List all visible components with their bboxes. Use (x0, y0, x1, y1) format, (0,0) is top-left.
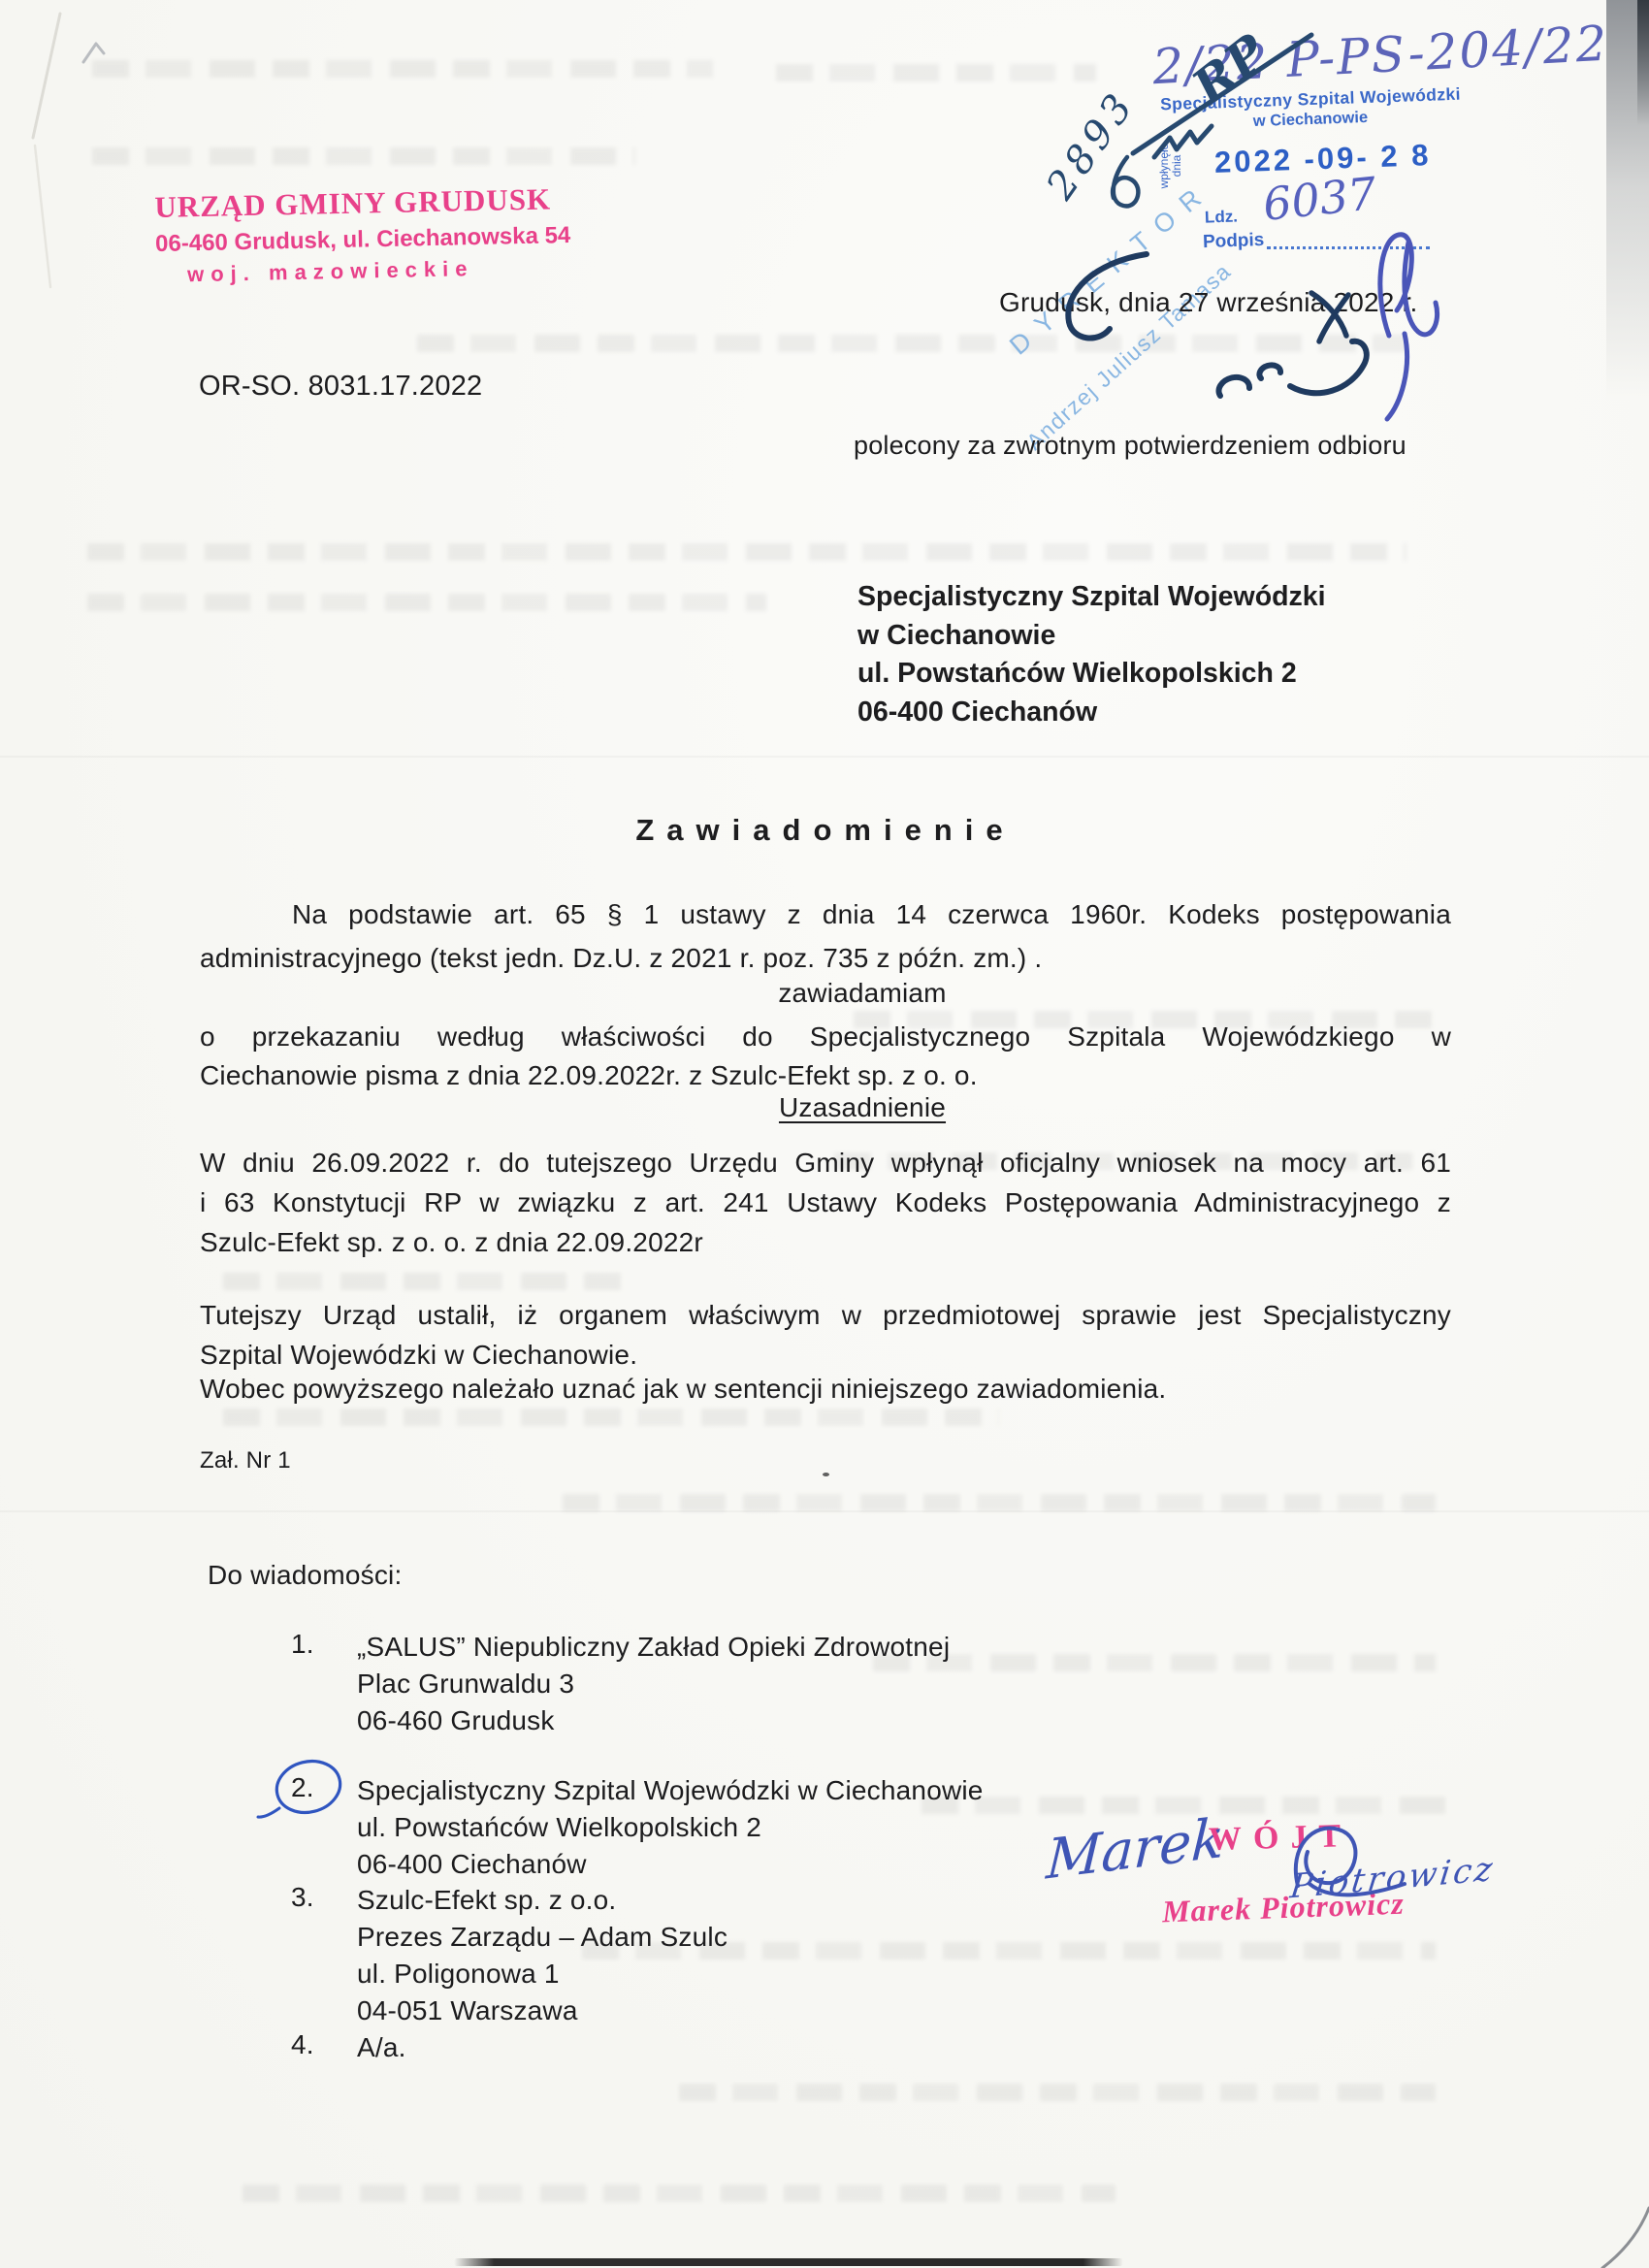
receipt-stamp-ldz-label: Ldz. (1205, 207, 1239, 227)
justification-heading-text: Uzasadnienie (237, 1092, 1488, 1123)
cc-line: 04-051 Warszawa (357, 1993, 727, 2029)
ldz-number-handwritten: 2893 (1038, 82, 1145, 208)
bleedthrough-artifact (223, 1409, 999, 1426)
registry-number-handwritten: 6037 (1260, 167, 1378, 231)
scanned-letter-page: URZĄD GMINY GRUDUSK 06-460 Grudusk, ul. … (0, 0, 1649, 2268)
delivery-note: polecony za zwrotnym potwierdzeniem odbi… (854, 431, 1406, 461)
paragraph-transfer: o przekazaniu według właściwości do Spec… (200, 1018, 1451, 1095)
sender-stamp-address: 06-460 Grudusk, ul. Ciechanowska 54 (155, 223, 525, 258)
attachment-note: Zał. Nr 1 (200, 1447, 291, 1474)
cc-item-number: 2. (291, 1772, 314, 1803)
bleedthrough-artifact (87, 594, 766, 611)
fold-line (0, 1510, 1649, 1512)
performative-word: zawiadamiam (200, 978, 1451, 1009)
paper-edge-dark-corner (1637, 0, 1649, 126)
cc-line: 06-460 Grudusk (357, 1702, 950, 1739)
addressee-line: Specjalistyczny Szpital Wojewódzki (857, 578, 1326, 617)
place-date: Grudusk, dnia 27 września 2022 r. (999, 287, 1418, 318)
receipt-stamp-signature-label: Podpis (1203, 230, 1265, 253)
handwritten-signature-first-name: Marek (1045, 1806, 1226, 1892)
paragraph-line: Szulc-Efekt sp. z o. o. z dnia 22.09.202… (200, 1222, 1451, 1262)
bleedthrough-artifact (679, 2084, 1436, 2101)
cc-item-number: 1. (291, 1629, 314, 1660)
paragraph-line: Ciechanowie pisma z dnia 22.09.2022r. z … (200, 1056, 1451, 1095)
bleedthrough-artifact (417, 335, 1406, 352)
cc-line: ul. Powstańców Wielkopolskich 2 (357, 1809, 984, 1846)
paper-crease (35, 146, 50, 287)
paragraph-conclusion: Wobec powyższego należało uznać jak w se… (200, 1374, 1451, 1405)
addressee-block: Specjalistyczny Szpital Wojewódzki w Cie… (857, 578, 1326, 731)
cc-line: Plac Grunwaldu 3 (357, 1666, 950, 1702)
paragraph-line: Na podstawie art. 65 § 1 ustawy z dnia 1… (200, 892, 1451, 936)
cc-item-number: 4. (291, 2029, 314, 2060)
cc-line: Szulc-Efekt sp. z o.o. (357, 1882, 727, 1919)
paragraph-request: W dniu 26.09.2022 r. do tutejszego Urzęd… (200, 1143, 1451, 1262)
paragraph-line: Szpital Wojewódzki w Ciechanowie. (200, 1335, 1451, 1375)
sender-stamp: URZĄD GMINY GRUDUSK 06-460 Grudusk, ul. … (154, 182, 525, 288)
addressee-line: 06-400 Ciechanów (857, 694, 1326, 732)
cc-item-lines: Specjalistyczny Szpital Wojewódzki w Cie… (357, 1772, 984, 1883)
sender-stamp-org: URZĄD GMINY GRUDUSK (154, 182, 524, 225)
paragraph-finding: Tutejszy Urząd ustalił, iż organem właśc… (200, 1295, 1451, 1375)
cc-item-lines: A/a. (357, 2029, 406, 2066)
stray-ink-dot (823, 1473, 829, 1476)
bleedthrough-artifact (873, 1654, 1436, 1671)
letter-title: Zawiadomienie (200, 813, 1451, 848)
addressee-line: ul. Powstańców Wielkopolskich 2 (857, 655, 1326, 694)
pen-paraph (1380, 235, 1411, 336)
receipt-stamp-dotted-line (1267, 244, 1430, 249)
bleedthrough-artifact (776, 64, 1096, 81)
cc-item-lines: „SALUS” Niepubliczny Zakład Opieki Zdrow… (357, 1629, 950, 1739)
bleedthrough-artifact (223, 1273, 630, 1290)
pen-swirl (1218, 377, 1249, 396)
pen-loop (1113, 157, 1138, 206)
addressee-line: w Ciechanowie (857, 617, 1326, 656)
paragraph-line: Tutejszy Urząd ustalił, iż organem właśc… (200, 1295, 1451, 1335)
director-stamp-title: DYREKTOR (1004, 176, 1217, 362)
scanner-edge-strip (454, 2258, 1123, 2266)
wojt-stamp-title: WÓJT (1209, 1818, 1353, 1859)
paragraph-legal-basis: Na podstawie art. 65 § 1 ustawy z dnia 1… (200, 892, 1451, 980)
cc-heading: Do wiadomości: (208, 1560, 402, 1591)
cc-item-lines: Szulc-Efekt sp. z o.o. Prezes Zarządu – … (357, 1882, 727, 2029)
sender-stamp-voivodeship: woj. mazowieckie (156, 255, 505, 288)
cc-line: Prezes Zarządu – Adam Szulc (357, 1919, 727, 1956)
corner-curl-line (1602, 2208, 1649, 2268)
paragraph-line: o przekazaniu według właściwości do Spec… (200, 1018, 1451, 1056)
paragraph-line: i 63 Konstytucji RP w związku z art. 241… (200, 1183, 1451, 1222)
justification-heading: Uzasadnienie (200, 1092, 1451, 1123)
cc-line: Specjalistyczny Szpital Wojewódzki w Cie… (357, 1772, 984, 1809)
bleedthrough-artifact (92, 60, 713, 78)
performative-text: zawiadamiam (237, 978, 1488, 1009)
cc-line: 06-400 Ciechanów (357, 1846, 984, 1883)
wojt-stamp-name: Marek Piotrowicz (1161, 1886, 1405, 1930)
bleedthrough-artifact (242, 2185, 1115, 2202)
paper-crease (33, 14, 60, 138)
pen-circle-tail (258, 1808, 279, 1817)
bleedthrough-artifact (87, 543, 1406, 561)
cc-line: A/a. (357, 2029, 406, 2066)
fold-line (0, 756, 1649, 758)
pen-swirl (1259, 365, 1280, 378)
bleedthrough-artifact (563, 1494, 1436, 1511)
cc-item-number: 3. (291, 1882, 314, 1913)
paragraph-line: W dniu 26.09.2022 r. do tutejszego Urzęd… (200, 1143, 1451, 1183)
cc-line: ul. Poligonowa 1 (357, 1956, 727, 1993)
paragraph-line: administracyjnego (tekst jedn. Dz.U. z 2… (200, 936, 1451, 980)
received-label-line1: wpłynęło (1157, 144, 1171, 189)
bleedthrough-artifact (92, 147, 635, 165)
cc-line: „SALUS” Niepubliczny Zakład Opieki Zdrow… (357, 1629, 950, 1666)
received-label-line2: dnia (1170, 155, 1183, 178)
reference-number: OR-SO. 8031.17.2022 (199, 371, 482, 403)
